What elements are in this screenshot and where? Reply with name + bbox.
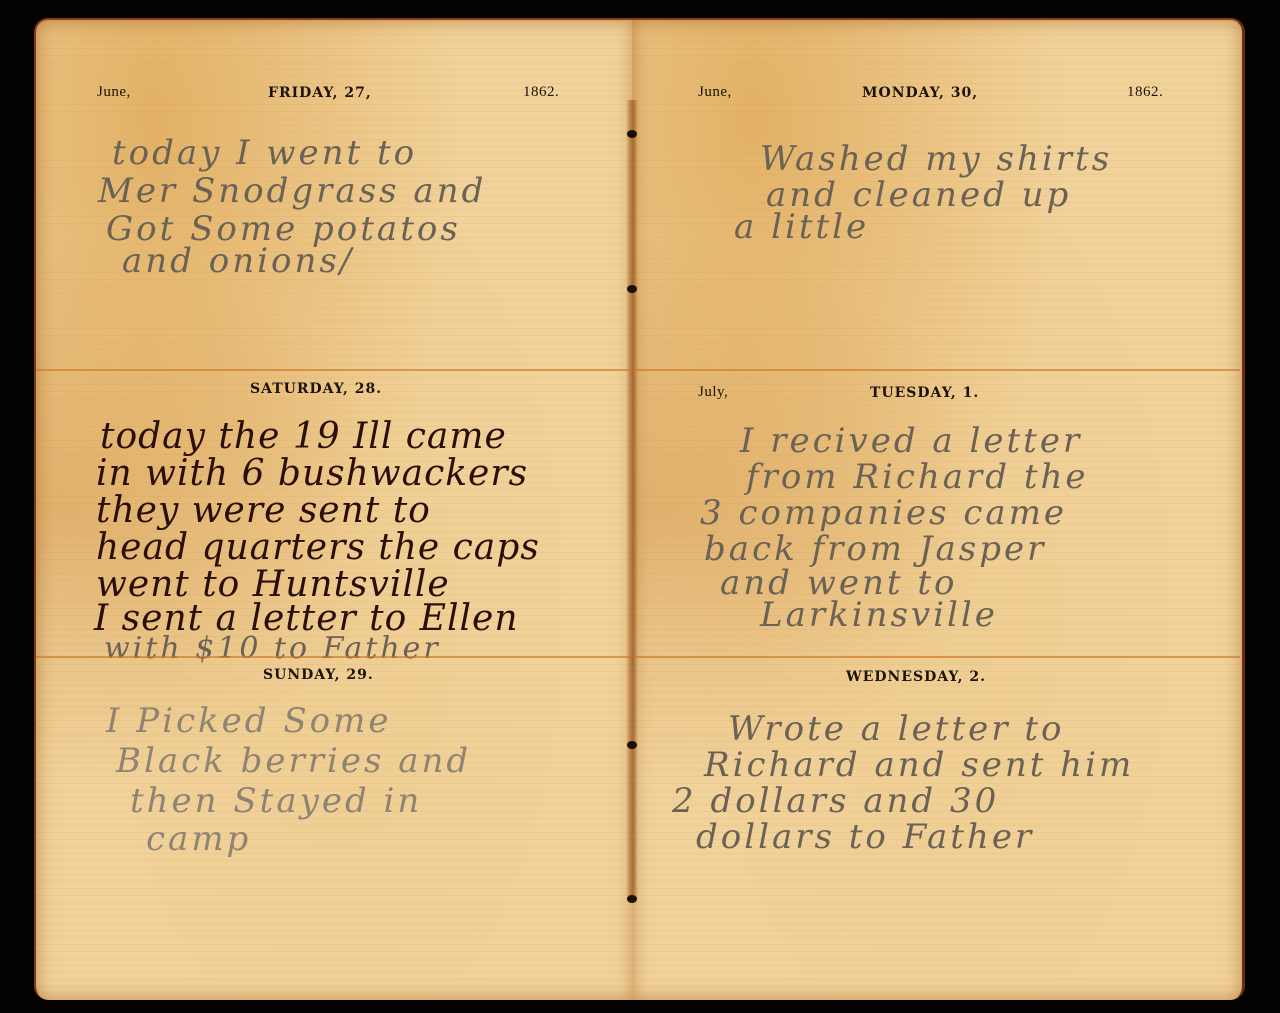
section-divider (634, 656, 1240, 658)
entry-month: June, (97, 84, 131, 101)
entry-month: June, (698, 84, 732, 101)
handwritten-line: head quarters the caps (96, 529, 540, 566)
entry-day-heading: WEDNESDAY, 2. (846, 669, 986, 685)
handwritten-line: today the 19 Ill came (100, 418, 507, 455)
entry-day-heading: TUESDAY, 1. (870, 385, 979, 401)
handwritten-line: dollars to Father (696, 816, 1034, 858)
handwritten-line: Black berries and (116, 740, 471, 782)
binding-stitch-hole (627, 741, 637, 749)
handwritten-line: and onions/ (122, 240, 354, 282)
handwritten-line: in with 6 bushwackers (96, 455, 528, 492)
binding-stitch-hole (627, 285, 637, 293)
handwritten-line: Mer Snodgrass and (98, 170, 486, 212)
handwritten-line: I Picked Some (106, 700, 391, 742)
binding-stitch-hole (627, 130, 637, 138)
book-spine-gutter (626, 100, 638, 900)
handwritten-line: with $10 to Father (104, 628, 441, 670)
entry-year: 1862. (1127, 84, 1163, 101)
section-divider (36, 656, 630, 658)
binding-stitch-hole (627, 895, 637, 903)
handwritten-line: Larkinsville (760, 594, 998, 636)
entry-day-heading: FRIDAY, 27, (268, 85, 372, 101)
entry-month: July, (698, 384, 728, 401)
handwritten-line: camp (146, 818, 251, 860)
handwritten-line: then Stayed in (130, 780, 422, 822)
entry-day-heading: SATURDAY, 28. (250, 381, 382, 397)
entry-year: 1862. (523, 84, 559, 101)
entry-day-heading: SUNDAY, 29. (263, 667, 374, 683)
entry-day-heading: MONDAY, 30, (862, 85, 978, 101)
handwritten-line: a little (734, 206, 869, 248)
section-divider (36, 369, 630, 371)
handwritten-line: they were sent to (96, 492, 431, 529)
section-divider (634, 369, 1240, 371)
handwritten-line: today I went to (112, 132, 417, 174)
